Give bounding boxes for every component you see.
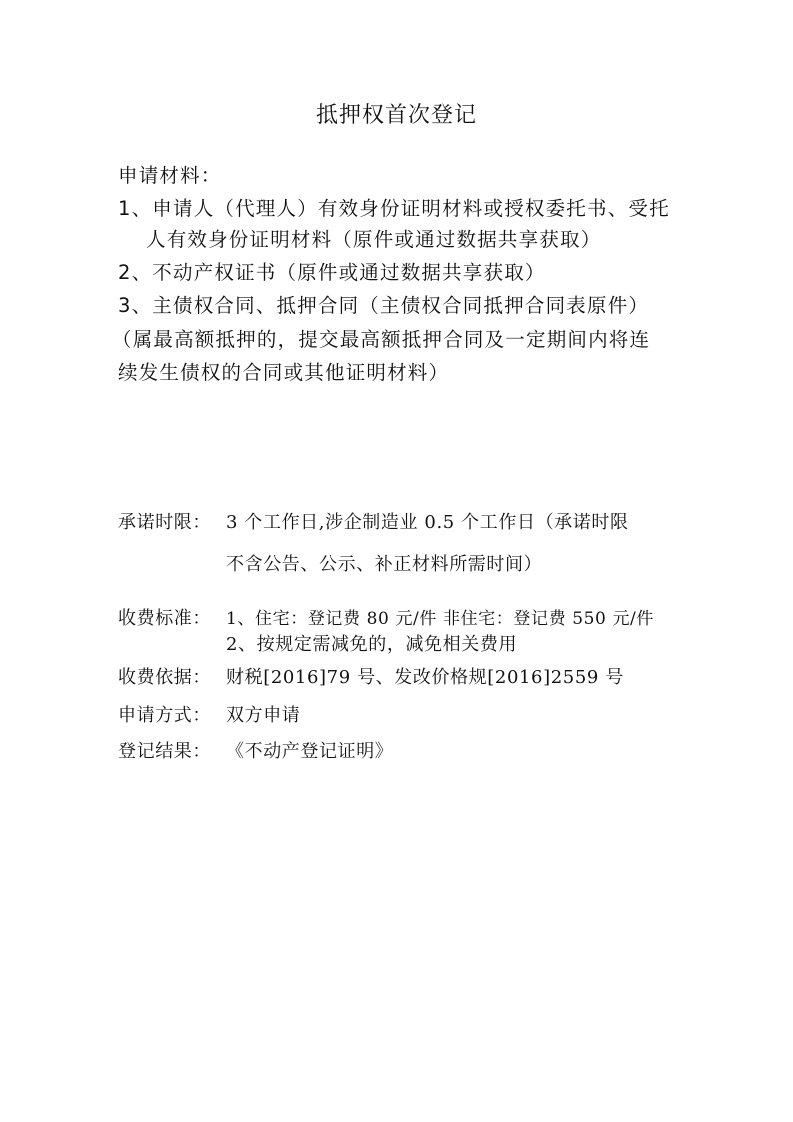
material-item-1-line1: 1、申请人（代理人）有效身份证明材料或授权委托书、受托 [118, 193, 670, 221]
material-item-1-line2: 人有效身份证明材料（原件或通过数据共享获取） [146, 224, 601, 252]
materials-heading: 申请材料： [118, 160, 222, 188]
fee-standard-line2: 2、按规定需减免的，减免相关费用 [226, 630, 517, 656]
promise-time-label: 承诺时限： [118, 508, 211, 534]
result-value: 《不动产登记证明》 [226, 737, 393, 763]
fee-basis-value: 财税[2016]79 号、发改价格规[2016]2559 号 [226, 663, 624, 689]
apply-method-label: 申请方式： [118, 701, 211, 727]
fee-standard-line1: 1、住宅：登记费 80 元/件 非住宅：登记费 550 元/件 [226, 604, 654, 629]
material-item-3-line1: 3、主债权合同、抵押合同（主债权合同抵押合同表原件） [118, 290, 649, 318]
apply-method-value: 双方申请 [226, 701, 300, 727]
material-item-3-line2: （属最高额抵押的，提交最高额抵押合同及一定期间内将连 [112, 324, 650, 352]
result-label: 登记结果： [118, 737, 211, 763]
fee-basis-label: 收费依据： [118, 663, 211, 689]
material-item-3-line3: 续发生债权的合同或其他证明材料） [118, 357, 449, 385]
material-item-2: 2、不动产权证书（原件或通过数据共享获取） [118, 257, 546, 285]
page-title: 抵押权首次登记 [0, 98, 793, 129]
promise-time-line1: 3 个工作日,涉企制造业 0.5 个工作日（承诺时限 [226, 508, 629, 534]
promise-time-line2: 不含公告、公示、补正材料所需时间） [226, 550, 542, 576]
fee-standard-label: 收费标准： [118, 604, 211, 630]
